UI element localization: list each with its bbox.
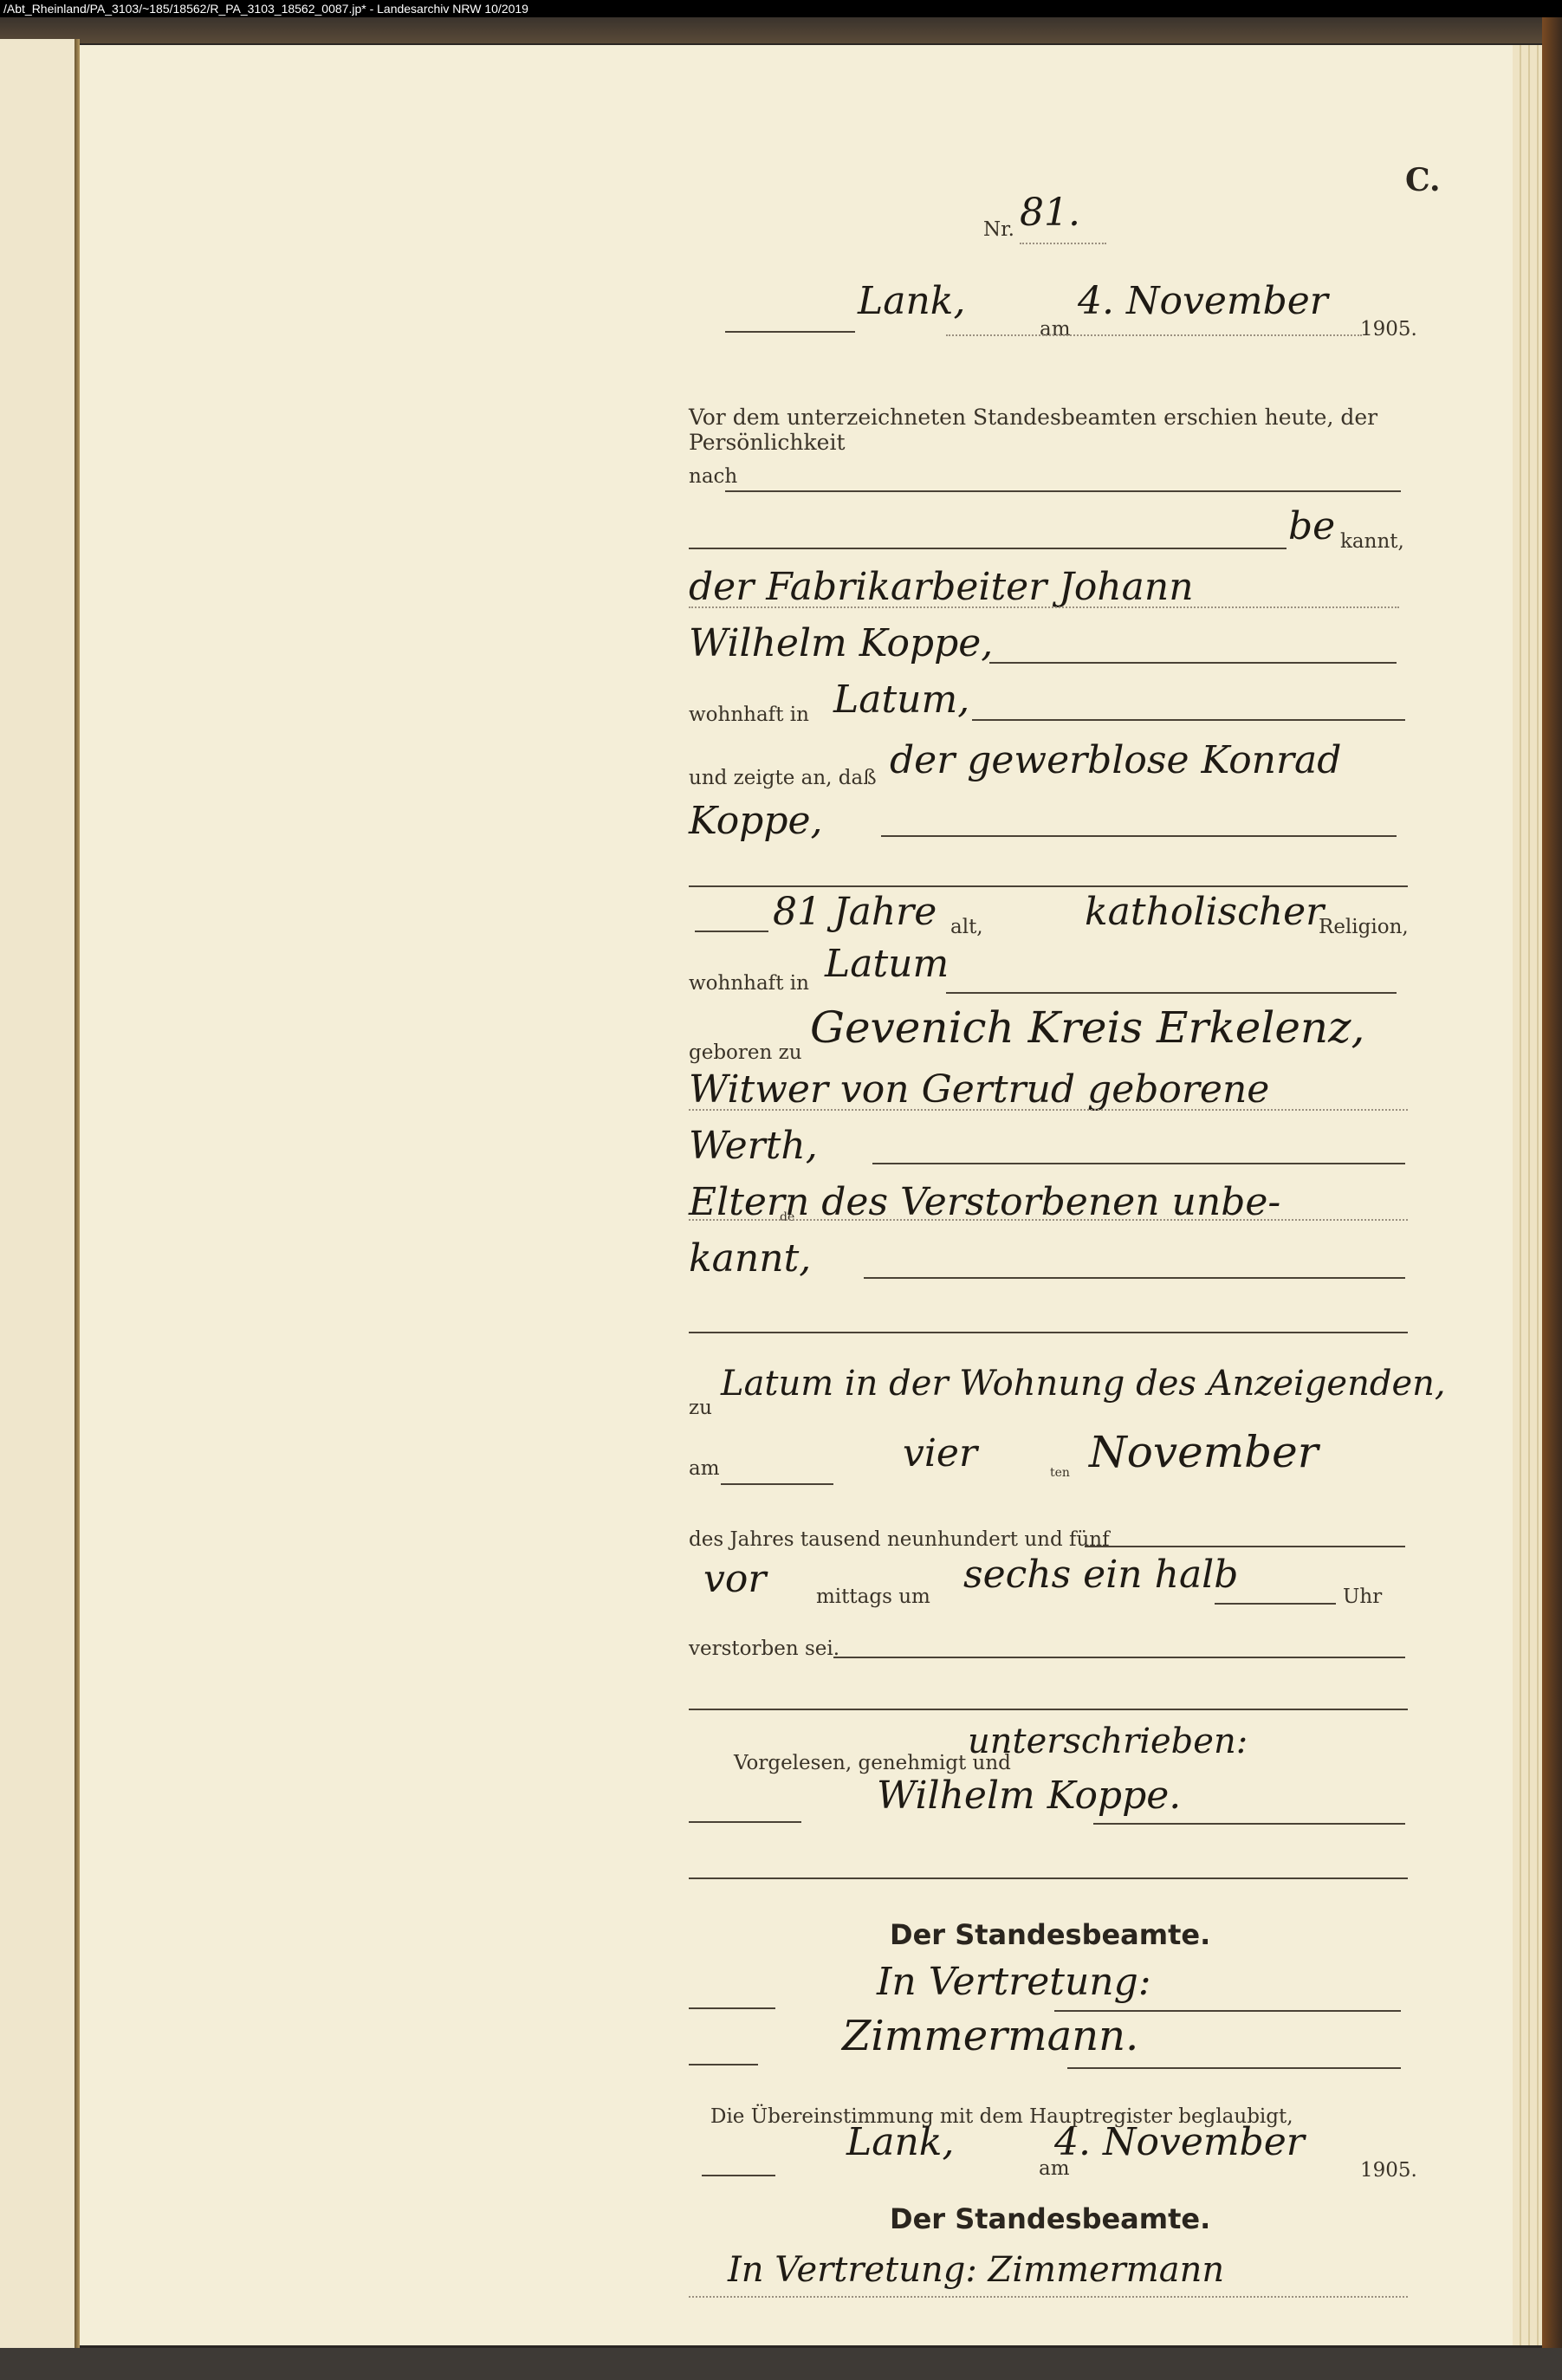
- nr-value: 81.: [1020, 191, 1080, 235]
- register-letter: C.: [1405, 162, 1441, 198]
- certification-year: 1905.: [1360, 2159, 1417, 2182]
- book-cover-right: [1542, 17, 1562, 2380]
- verstorben-label: verstorben sei.: [689, 1637, 839, 1660]
- zu-label: zu: [689, 1397, 712, 1419]
- geboren-label: geboren zu: [689, 1041, 802, 1064]
- uhr-label: Uhr: [1343, 1586, 1382, 1608]
- religion-label: Religion,: [1319, 916, 1409, 938]
- separator-4: [689, 1877, 1408, 1879]
- separator-2: [689, 1332, 1408, 1333]
- death-month: November: [1089, 1427, 1319, 1477]
- year-printed: 1905.: [1360, 318, 1417, 340]
- day-rule: [721, 1483, 833, 1485]
- parents-line-1: Eltern des Verstorbenen unbe-: [689, 1180, 1280, 1224]
- residence-rule: [972, 719, 1405, 721]
- register-page: C. Nr. 81. Lank, am 4. November 1905. Vo…: [80, 45, 1513, 2345]
- informant-dots-1: [689, 606, 1399, 608]
- spouse-line-1: Witwer von Gertrud geborene: [689, 1067, 1269, 1112]
- intro-text: Vor dem unterzeichneten Standesbeamten e…: [689, 405, 1513, 455]
- separator-3: [689, 1709, 1408, 1710]
- age-rule: [695, 931, 768, 932]
- des-label: de: [780, 1210, 794, 1224]
- year-rule: [1085, 1546, 1405, 1547]
- deceased-rule: [881, 835, 1397, 837]
- deputy-rule-left: [689, 2007, 775, 2009]
- record-date: 4. November: [1078, 279, 1328, 323]
- spouse-rule: [872, 1163, 1405, 1164]
- deceased-residence: Latum: [825, 942, 949, 986]
- nr-label: Nr.: [983, 218, 1014, 241]
- deceased-line-1: der gewerblose Konrad: [890, 738, 1341, 782]
- time-handwritten: sechs ein halb: [963, 1553, 1238, 1597]
- official-rule-left: [689, 2064, 758, 2065]
- am-label: am: [1040, 318, 1071, 340]
- verstorben-rule: [833, 1657, 1405, 1658]
- nach-line: [725, 490, 1401, 492]
- spouse-dots: [689, 1109, 1408, 1111]
- left-page: [0, 39, 77, 2348]
- certification-heading: Der Standesbeamte.: [890, 2202, 1210, 2235]
- bekannt-handwritten: be: [1288, 504, 1335, 548]
- informant-line-1: der Fabrikarbeiter Johann: [689, 565, 1194, 609]
- bekannt-line: [689, 548, 1287, 549]
- page-stack-edges: [1513, 45, 1542, 2345]
- record-place: Lank,: [858, 279, 965, 323]
- informant-signature: Wilhelm Koppe.: [877, 1774, 1181, 1818]
- signature-rule-left: [689, 1821, 801, 1823]
- informant-residence: Latum,: [833, 678, 969, 722]
- date-line: [946, 334, 1362, 336]
- bekannt-label: kannt,: [1340, 530, 1404, 553]
- death-place: Latum in der Wohnung des Anzeigenden,: [721, 1364, 1446, 1404]
- nr-line: [1020, 243, 1106, 244]
- spouse-line-2: Werth,: [689, 1124, 818, 1168]
- separator-1: [689, 885, 1408, 887]
- death-day: vier: [903, 1431, 977, 1475]
- deceased-residence-rule: [946, 992, 1397, 994]
- certification-signature: In Vertretung: Zimmermann: [728, 2250, 1224, 2290]
- certification-place: Lank,: [846, 2120, 954, 2164]
- informant-line-2: Wilhelm Koppe,: [689, 621, 993, 665]
- year-text: des Jahres tausend neunhundert und fünf: [689, 1528, 1110, 1551]
- time-rule: [1215, 1603, 1336, 1605]
- official-signature: Zimmermann.: [842, 2012, 1138, 2060]
- certification-date: 4. November: [1054, 2120, 1305, 2164]
- official-rule-right: [1067, 2067, 1401, 2069]
- mittags-label: mittags um: [816, 1586, 930, 1608]
- parents-dots: [689, 1219, 1408, 1221]
- book-cover-bottom: [0, 2348, 1562, 2380]
- religion-handwritten: katholischer: [1085, 890, 1324, 934]
- deceased-line-2: Koppe,: [689, 799, 823, 843]
- alt-label: alt,: [950, 916, 983, 938]
- date-rule: [725, 331, 855, 333]
- am-label-2: am: [689, 1457, 720, 1480]
- certification-dots: [689, 2296, 1408, 2298]
- certification-rule: [702, 2175, 775, 2176]
- vor-handwritten: vor: [703, 1557, 766, 1601]
- official-heading: Der Standesbeamte.: [890, 1918, 1210, 1951]
- window-title-bar: /Abt_Rheinland/PA_3103/~185/18562/R_PA_3…: [0, 0, 1562, 17]
- zeigte-label: und zeigte an, daß: [689, 767, 877, 789]
- parents-line-2: kannt,: [689, 1236, 811, 1281]
- informant-rule-2: [989, 662, 1397, 664]
- book-cover-top: [0, 17, 1562, 43]
- deputy-handwritten: In Vertretung:: [877, 1960, 1151, 2004]
- birthplace: Gevenich Kreis Erkelenz,: [810, 1002, 1364, 1053]
- ten-label: ten: [1050, 1466, 1070, 1480]
- wohnhaft-label: wohnhaft in: [689, 704, 809, 726]
- read-handwritten: unterschrieben:: [968, 1722, 1248, 1761]
- parents-rule: [864, 1277, 1405, 1279]
- signature-rule-right: [1093, 1823, 1405, 1825]
- age-handwritten: 81 Jahre: [773, 890, 937, 934]
- nach-label: nach: [689, 465, 737, 488]
- wohnhaft-label-2: wohnhaft in: [689, 972, 809, 995]
